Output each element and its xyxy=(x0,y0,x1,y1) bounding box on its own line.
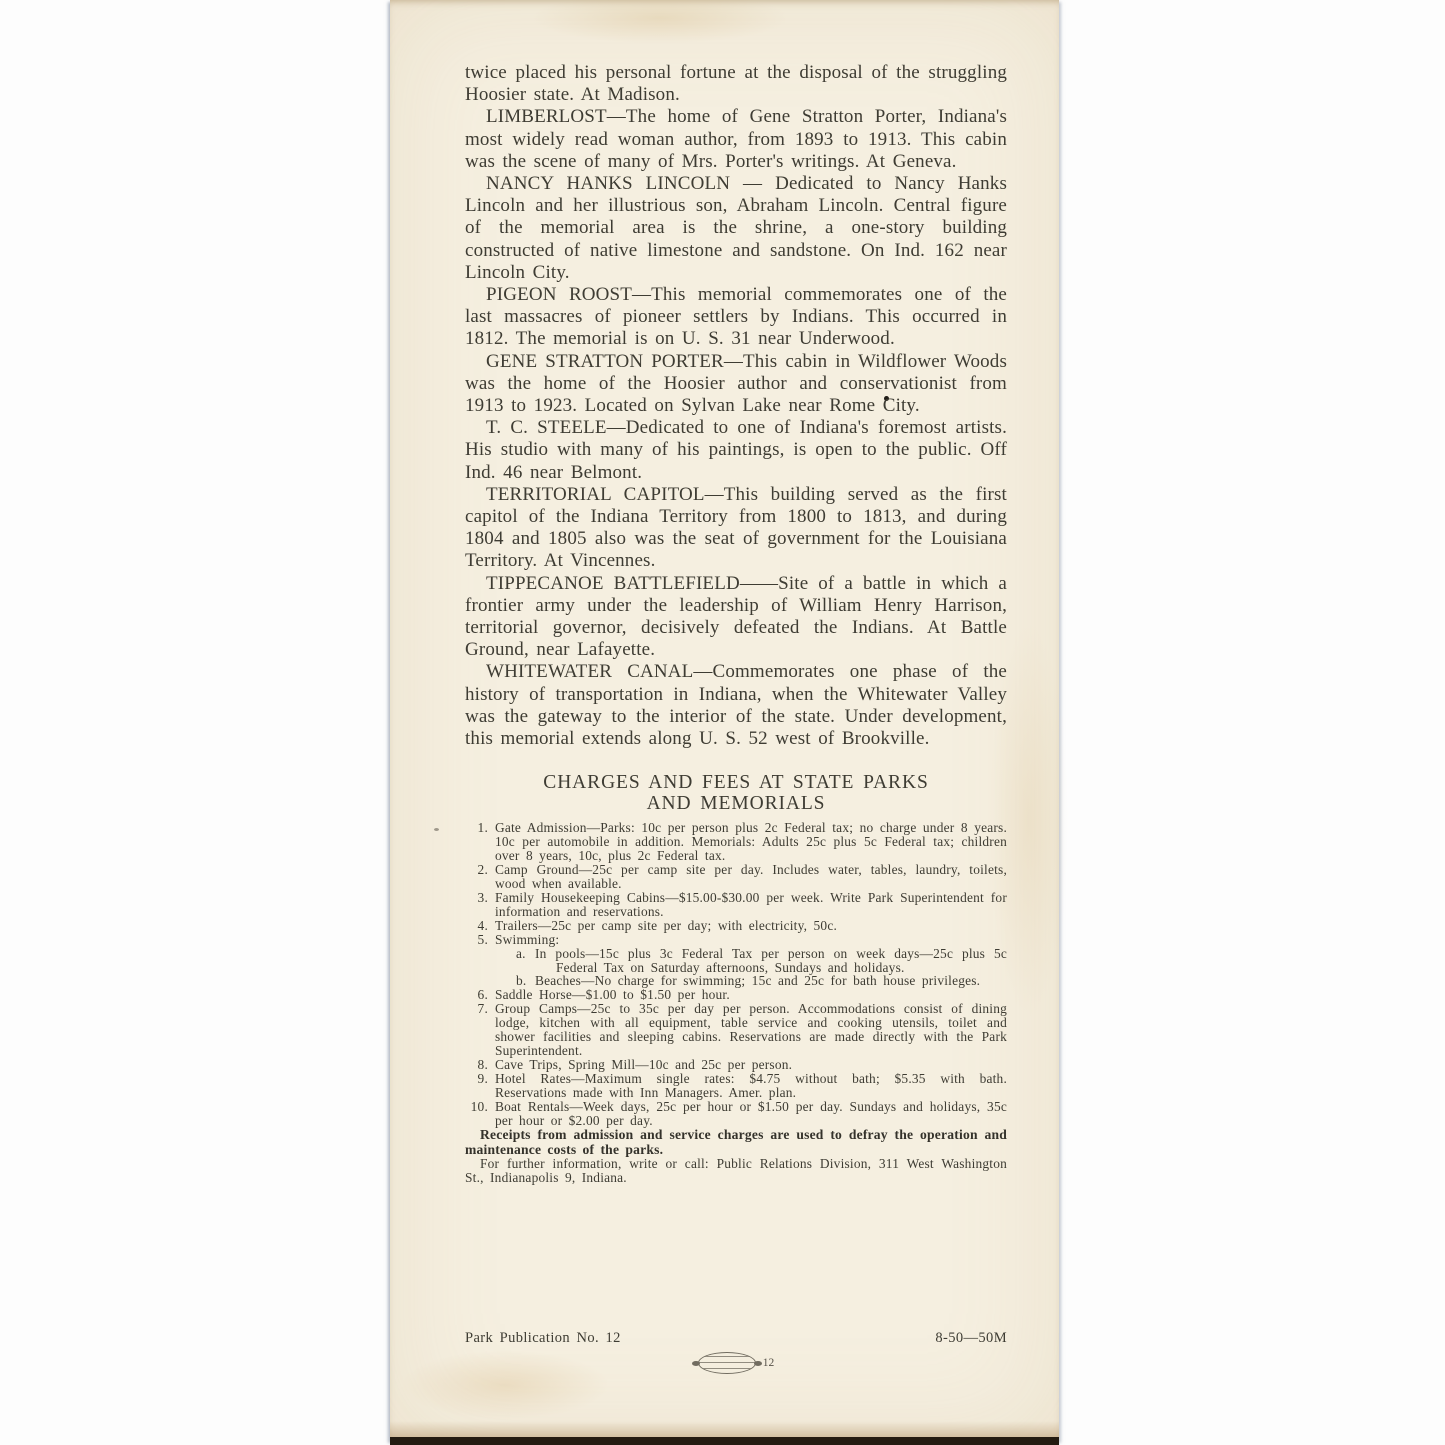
receipts-note: Receipts from admission and service char… xyxy=(465,1128,1007,1157)
fee-item-text: Boat Rentals—Week days, 25c per hour or … xyxy=(495,1100,1007,1128)
fees-list: 1. Gate Admission—Parks: 10c per person … xyxy=(465,821,1007,1127)
fee-item-number: 2. xyxy=(465,863,488,891)
body-paragraph: twice placed his personal fortune at the… xyxy=(465,62,1007,106)
body-paragraph-tippecanoe-battlefield: TIPPECANOE BATTLEFIELD——Site of a battle… xyxy=(465,573,1007,662)
body-paragraph-limberlost: LIMBERLOST—The home of Gene Stratton Por… xyxy=(465,106,1007,173)
print-code: 8-50—50M xyxy=(935,1330,1007,1347)
fee-item-text: Cave Trips, Spring Mill—10c and 25c per … xyxy=(495,1058,1007,1072)
scan-background: { "colors": { "paper": "#f5efe0", "ink":… xyxy=(0,0,1445,1445)
body-paragraph-territorial-capitol: TERRITORIAL CAPITOL—This building served… xyxy=(465,484,1007,573)
body-paragraph-whitewater-canal: WHITEWATER CANAL—Commemorates one phase … xyxy=(465,661,1007,750)
body-paragraph-nancy-hanks-lincoln: NANCY HANKS LINCOLN — Dedicated to Nancy… xyxy=(465,173,1007,284)
fee-item-boat-rentals: 10. Boat Rentals—Week days, 25c per hour… xyxy=(465,1100,1007,1128)
publication-number: Park Publication No. 12 xyxy=(465,1330,621,1347)
fee-item-number: 5. xyxy=(465,933,488,989)
fee-item-number: 9. xyxy=(465,1072,488,1100)
fee-subitem-text: In pools—15c plus 3c Federal Tax per per… xyxy=(535,947,1007,975)
fee-item-text: Group Camps—25c to 35c per day per perso… xyxy=(495,1002,1007,1058)
fee-subitem-beaches: b. Beaches—No charge for swimming; 15c a… xyxy=(516,974,1007,988)
body-paragraph-gene-stratton-porter: GENE STRATTON PORTER—This cabin in Wildf… xyxy=(465,351,1007,418)
fee-item-swimming-label: Swimming: xyxy=(495,932,559,947)
fee-item-text: Gate Admission—Parks: 10c per person plu… xyxy=(495,821,1007,863)
union-label-row: 12 xyxy=(465,1352,1007,1374)
fee-item-text: Family Housekeeping Cabins—$15.00-$30.00… xyxy=(495,891,1007,919)
fee-subitem-letter: a. xyxy=(516,947,529,975)
body-paragraph-pigeon-roost: PIGEON ROOST—This memorial commemorates … xyxy=(465,284,1007,351)
fee-item-number: 8. xyxy=(465,1058,488,1072)
body-paragraph-tc-steele: T. C. STEELE—Dedicated to one of Indiana… xyxy=(465,417,1007,484)
fee-item-number: 7. xyxy=(465,1002,488,1058)
ink-speck xyxy=(434,828,439,831)
fees-section-title: CHARGES AND FEES AT STATE PARKS AND MEMO… xyxy=(465,773,1007,814)
fee-item-hotel-rates: 9. Hotel Rates—Maximum single rates: $4.… xyxy=(465,1072,1007,1100)
fees-title-line1: CHARGES AND FEES AT STATE PARKS xyxy=(465,773,1007,794)
fee-item-swimming: 5. Swimming: a. In pools—15c plus 3c Fed… xyxy=(465,933,1007,989)
fee-item-number: 3. xyxy=(465,891,488,919)
union-label-stamp xyxy=(698,1352,756,1374)
fee-item-housekeeping-cabins: 3. Family Housekeeping Cabins—$15.00-$30… xyxy=(465,891,1007,919)
fee-item-text: Hotel Rates—Maximum single rates: $4.75 … xyxy=(495,1072,1007,1100)
fee-item-text: Trailers—25c per camp site per day; with… xyxy=(495,919,1007,933)
fee-item-text: Saddle Horse—$1.00 to $1.50 per hour. xyxy=(495,988,1007,1002)
fee-item-trailers: 4. Trailers—25c per camp site per day; w… xyxy=(465,919,1007,933)
page-content: twice placed his personal fortune at the… xyxy=(465,0,1007,1186)
fee-item-gate-admission: 1. Gate Admission—Parks: 10c per person … xyxy=(465,821,1007,863)
scanned-page: twice placed his personal fortune at the… xyxy=(390,0,1059,1445)
fee-item-cave-trips: 8. Cave Trips, Spring Mill—10c and 25c p… xyxy=(465,1058,1007,1072)
fee-subitem-pools: a. In pools—15c plus 3c Federal Tax per … xyxy=(516,947,1007,975)
further-information: For further information, write or call: … xyxy=(465,1157,1007,1185)
page-footer: Park Publication No. 12 8-50—50M xyxy=(465,1330,1007,1347)
page-bottom-shadow xyxy=(390,1421,1059,1437)
fee-item-text: Camp Ground—25c per camp site per day. I… xyxy=(495,863,1007,891)
fee-item-number: 4. xyxy=(465,919,488,933)
fee-item-number: 6. xyxy=(465,988,488,1002)
fee-subitem-text: Beaches—No charge for swimming; 15c and … xyxy=(535,974,1007,988)
fees-title-line2: AND MEMORIALS xyxy=(465,794,1007,815)
fee-item-group-camps: 7. Group Camps—25c to 35c per day per pe… xyxy=(465,1002,1007,1058)
memorials-section: twice placed his personal fortune at the… xyxy=(465,0,1007,750)
fee-item-saddle-horse: 6. Saddle Horse—$1.00 to $1.50 per hour. xyxy=(465,988,1007,1002)
fee-item-camp-ground: 2. Camp Ground—25c per camp site per day… xyxy=(465,863,1007,891)
page-bottom-edge xyxy=(390,1437,1059,1445)
union-label-number: 12 xyxy=(763,1357,775,1369)
fee-item-text: Swimming: a. In pools—15c plus 3c Federa… xyxy=(495,933,1007,989)
fee-item-number: 10. xyxy=(465,1100,488,1128)
fee-subitem-letter: b. xyxy=(516,974,529,988)
fee-item-number: 1. xyxy=(465,821,488,863)
